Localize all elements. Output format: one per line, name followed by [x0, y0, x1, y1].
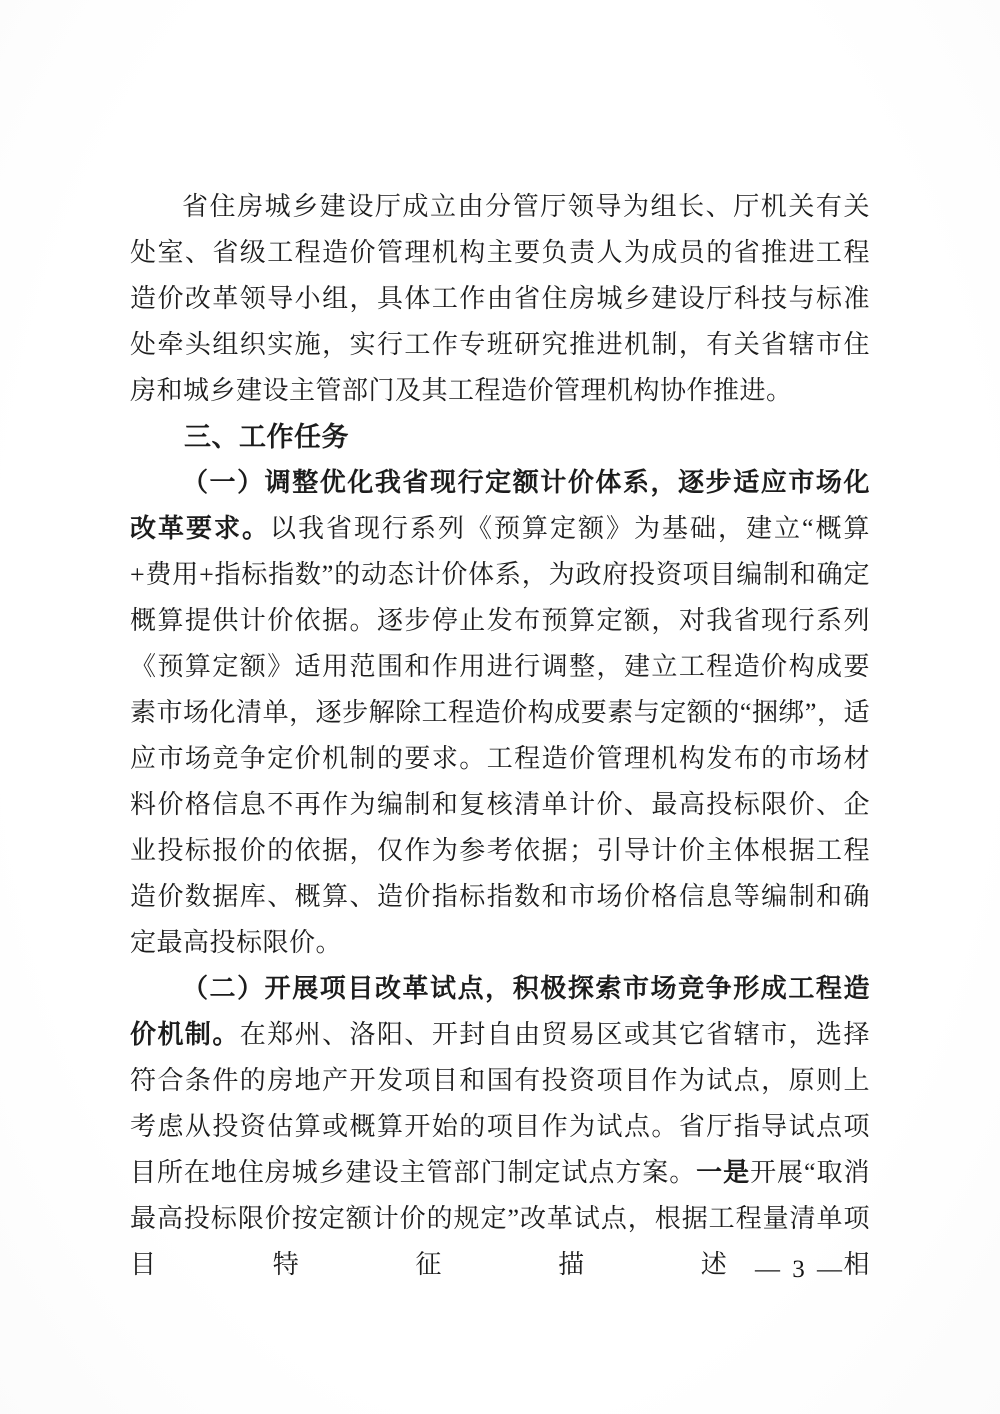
section-heading: 三、工作任务	[130, 414, 870, 460]
document-page: 省住房城乡建设厅成立由分管厅领导为组长、厅机关有关处室、省级工程造价管理机构主要…	[0, 0, 1000, 1414]
page-number: — 3 —	[700, 1247, 900, 1293]
item-1-body-text: 以我省现行系列《预算定额》为基础，建立“概算+费用+指标指数”的动态计价体系，为…	[130, 514, 870, 957]
paragraph-intro-text: 省住房城乡建设厅成立由分管厅领导为组长、厅机关有关处室、省级工程造价管理机构主要…	[130, 192, 870, 405]
paragraph-item-1: （一）调整优化我省现行定额计价体系，逐步适应市场化改革要求。以我省现行系列《预算…	[130, 460, 870, 966]
item-2-emphasis: 一是	[696, 1158, 750, 1187]
paragraph-intro: 省住房城乡建设厅成立由分管厅领导为组长、厅机关有关处室、省级工程造价管理机构主要…	[130, 184, 870, 414]
paragraph-item-2: （二）开展项目改革试点，积极探索市场竞争形成工程造价机制。在郑州、洛阳、开封自由…	[130, 966, 870, 1288]
document-body: 省住房城乡建设厅成立由分管厅领导为组长、厅机关有关处室、省级工程造价管理机构主要…	[130, 184, 870, 1288]
